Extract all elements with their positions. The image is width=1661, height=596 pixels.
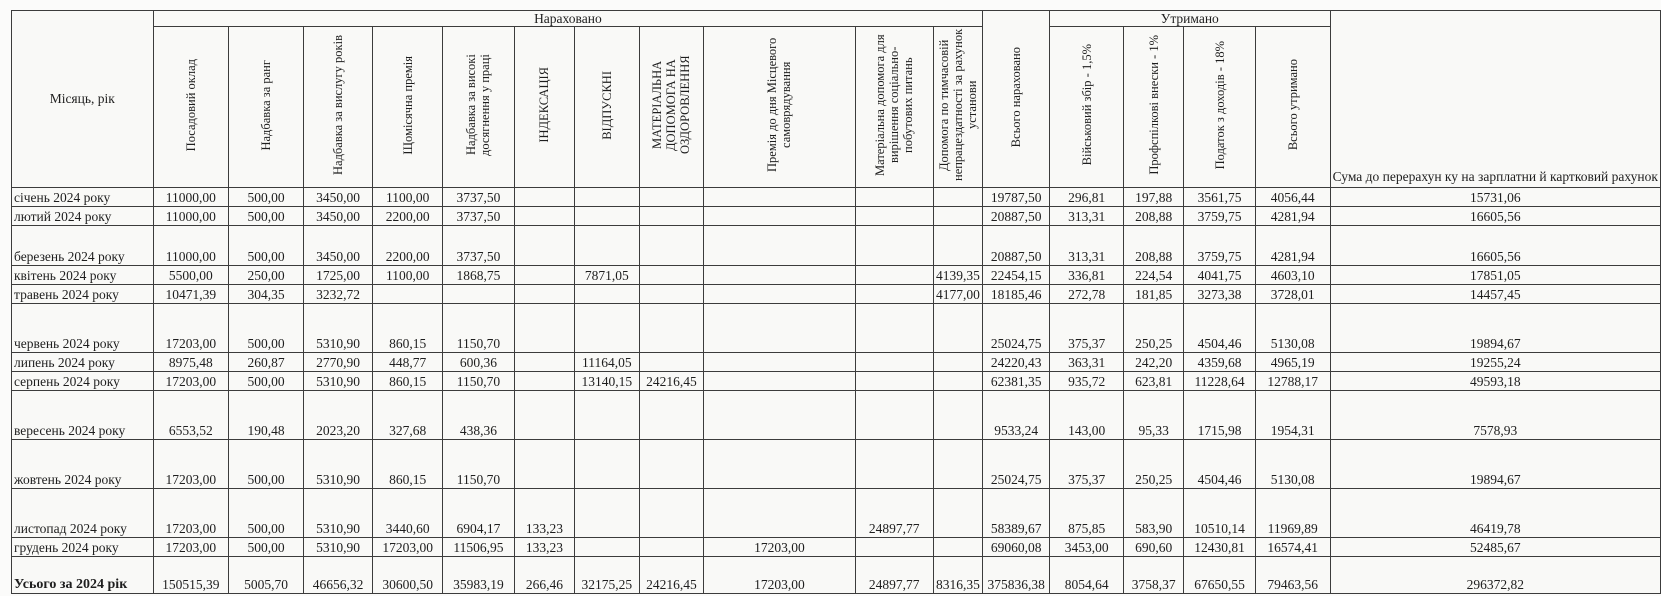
value-cell [704,489,855,538]
value-cell: 266,46 [514,557,574,594]
value-cell: 3273,38 [1184,285,1256,304]
value-cell [574,304,639,353]
value-cell: 3737,50 [443,226,515,266]
value-cell [704,266,855,285]
value-cell [855,440,933,489]
value-cell: 3728,01 [1255,285,1330,304]
value-cell: 5005,70 [229,557,304,594]
withheld-column-header: Військовий збір - 1,5% [1050,27,1124,188]
value-cell: 4281,94 [1255,226,1330,266]
value-cell [639,266,704,285]
accrued-column-header: Надбавка за високі досягнення у праці [443,27,515,188]
value-cell [514,440,574,489]
value-cell [574,489,639,538]
month-cell: червень 2024 року [12,304,154,353]
value-cell [639,188,704,207]
value-cell: 17203,00 [704,538,855,557]
value-cell [574,538,639,557]
table-row: листопад 2024 року17203,00500,005310,903… [12,489,1661,538]
value-cell: 18185,46 [983,285,1050,304]
accrued-group-header: Нараховано [153,11,983,27]
total-row: Усього за 2024 рік150515,395005,7046656,… [12,557,1661,594]
value-cell [639,207,704,226]
value-cell: 3758,37 [1124,557,1184,594]
value-cell [933,391,983,440]
value-cell: 5130,08 [1255,440,1330,489]
value-cell [855,391,933,440]
value-cell [704,207,855,226]
month-cell: травень 2024 року [12,285,154,304]
column-label: Допомога по тимчасовій непрацездатності … [937,27,979,183]
value-cell [933,538,983,557]
accrued-column-header: Посадовий оклад [153,27,229,188]
value-cell: 133,23 [514,489,574,538]
value-cell: 1715,98 [1184,391,1256,440]
net-to-card-header: Сума до перерахун ку на зарплатни й карт… [1330,11,1660,188]
value-cell: 5310,90 [303,372,372,391]
value-cell: 69060,08 [983,538,1050,557]
value-cell: 4041,75 [1184,266,1256,285]
value-cell [704,372,855,391]
value-cell: 296372,82 [1330,557,1660,594]
value-cell [933,304,983,353]
value-cell [639,440,704,489]
total-accrued-label: Всього нараховано [1009,47,1023,147]
value-cell: 224,54 [1124,266,1184,285]
value-cell [704,285,855,304]
accrued-column-header: Надбавка за ранг [229,27,304,188]
value-cell [855,226,933,266]
column-label: ІНДЕКСАЦІЯ [537,67,551,143]
withheld-column-header: Профспілкові внески - 1% [1124,27,1184,188]
value-cell [933,372,983,391]
value-cell: 296,81 [1050,188,1124,207]
value-cell: 5500,00 [153,266,229,285]
value-cell: 49593,18 [1330,372,1660,391]
value-cell: 4965,19 [1255,353,1330,372]
value-cell [639,353,704,372]
value-cell: 438,36 [443,391,515,440]
value-cell: 1868,75 [443,266,515,285]
column-label: Військовий збір - 1,5% [1080,44,1094,165]
month-cell: жовтень 2024 року [12,440,154,489]
value-cell: 62381,35 [983,372,1050,391]
value-cell: 4281,94 [1255,207,1330,226]
value-cell: 20887,50 [983,226,1050,266]
table-row: лютий 2024 року11000,00500,003450,002200… [12,207,1661,226]
value-cell: 11000,00 [153,226,229,266]
value-cell: 3737,50 [443,207,515,226]
column-label: Надбавка за високі досягнення у праці [464,27,492,183]
value-cell: 623,81 [1124,372,1184,391]
value-cell: 3450,00 [303,207,372,226]
value-cell: 8975,48 [153,353,229,372]
value-cell [704,188,855,207]
value-cell [514,207,574,226]
value-cell [574,391,639,440]
value-cell [514,266,574,285]
value-cell: 7578,93 [1330,391,1660,440]
value-cell: 448,77 [373,353,443,372]
value-cell: 208,88 [1124,226,1184,266]
value-cell: 260,87 [229,353,304,372]
column-label: Надбавка за вислугу років [331,35,345,175]
value-cell: 500,00 [229,207,304,226]
value-cell: 19787,50 [983,188,1050,207]
value-cell: 250,00 [229,266,304,285]
value-cell: 17203,00 [153,304,229,353]
month-cell: грудень 2024 року [12,538,154,557]
column-label: Податок з доходів - 18% [1213,41,1227,169]
value-cell: 17203,00 [153,372,229,391]
value-cell: 20887,50 [983,207,1050,226]
value-cell: 79463,56 [1255,557,1330,594]
withheld-group-header: Утримано [1050,11,1330,27]
month-cell: Усього за 2024 рік [12,557,154,594]
value-cell: 500,00 [229,440,304,489]
value-cell [514,226,574,266]
value-cell: 2200,00 [373,207,443,226]
value-cell: 11506,95 [443,538,515,557]
value-cell: 17203,00 [704,557,855,594]
value-cell [574,226,639,266]
value-cell: 208,88 [1124,207,1184,226]
table-row: травень 2024 року10471,39304,353232,7241… [12,285,1661,304]
month-cell: серпень 2024 року [12,372,154,391]
value-cell [639,304,704,353]
column-label: Профспілкові внески - 1% [1147,35,1161,175]
value-cell [855,266,933,285]
value-cell: 1100,00 [373,266,443,285]
month-cell: листопад 2024 року [12,489,154,538]
value-cell: 24216,45 [639,557,704,594]
value-cell: 242,20 [1124,353,1184,372]
accrued-column-header: Допомога по тимчасовій непрацездатності … [933,27,983,188]
value-cell [704,226,855,266]
value-cell: 7871,05 [574,266,639,285]
value-cell: 4504,46 [1184,440,1256,489]
month-cell: липень 2024 року [12,353,154,372]
value-cell: 4177,00 [933,285,983,304]
value-cell: 375836,38 [983,557,1050,594]
value-cell [704,353,855,372]
value-cell: 5130,08 [1255,304,1330,353]
accrued-column-header: Щомісячна премія [373,27,443,188]
value-cell [704,440,855,489]
value-cell: 875,85 [1050,489,1124,538]
value-cell: 17203,00 [153,440,229,489]
value-cell: 67650,55 [1184,557,1256,594]
value-cell: 304,35 [229,285,304,304]
value-cell [514,353,574,372]
accrued-column-header: Матеріальна допомога для вирішення соціа… [855,27,933,188]
value-cell: 500,00 [229,538,304,557]
value-cell [514,188,574,207]
value-cell: 17203,00 [153,538,229,557]
value-cell: 313,31 [1050,207,1124,226]
value-cell [855,353,933,372]
value-cell: 935,72 [1050,372,1124,391]
value-cell [514,304,574,353]
table-row: жовтень 2024 року17203,00500,005310,9086… [12,440,1661,489]
value-cell: 5310,90 [303,304,372,353]
value-cell [373,285,443,304]
value-cell [933,353,983,372]
value-cell: 2023,20 [303,391,372,440]
value-cell: 11000,00 [153,207,229,226]
value-cell: 336,81 [1050,266,1124,285]
value-cell: 375,37 [1050,440,1124,489]
value-cell: 8316,35 [933,557,983,594]
value-cell: 1954,31 [1255,391,1330,440]
value-cell: 13140,15 [574,372,639,391]
value-cell: 12430,81 [1184,538,1256,557]
value-cell: 583,90 [1124,489,1184,538]
value-cell: 3737,50 [443,188,515,207]
value-cell: 46656,32 [303,557,372,594]
value-cell: 25024,75 [983,440,1050,489]
value-cell: 272,78 [1050,285,1124,304]
value-cell: 500,00 [229,304,304,353]
value-cell [933,489,983,538]
month-cell: квітень 2024 року [12,266,154,285]
value-cell: 30600,50 [373,557,443,594]
accrued-column-header: Премія до дня Місцевого самоврядування [704,27,855,188]
value-cell [574,207,639,226]
value-cell: 58389,67 [983,489,1050,538]
value-cell: 19894,67 [1330,304,1660,353]
value-cell: 150515,39 [153,557,229,594]
value-cell [855,372,933,391]
value-cell: 16574,41 [1255,538,1330,557]
value-cell [514,391,574,440]
value-cell: 3759,75 [1184,207,1256,226]
value-cell: 24897,77 [855,557,933,594]
value-cell [855,207,933,226]
value-cell: 24897,77 [855,489,933,538]
value-cell: 32175,25 [574,557,639,594]
value-cell: 14457,45 [1330,285,1660,304]
value-cell [514,372,574,391]
column-label: Щомісячна премія [401,56,415,155]
value-cell [704,304,855,353]
value-cell: 10510,14 [1184,489,1256,538]
value-cell: 11164,05 [574,353,639,372]
value-cell [574,440,639,489]
withheld-column-header: Всього утримано [1255,27,1330,188]
month-column-header: Місяць, рік [12,11,154,188]
value-cell: 500,00 [229,489,304,538]
value-cell: 4139,35 [933,266,983,285]
value-cell: 3450,00 [303,188,372,207]
payroll-table: Місяць, рікНарахованоВсього нарахованоУт… [11,10,1661,594]
value-cell [855,188,933,207]
value-cell: 9533,24 [983,391,1050,440]
value-cell: 16605,56 [1330,226,1660,266]
table-row: квітень 2024 року5500,00250,001725,00110… [12,266,1661,285]
accrued-column-header: Надбавка за вислугу років [303,27,372,188]
month-cell: січень 2024 року [12,188,154,207]
value-cell: 375,37 [1050,304,1124,353]
table-row: березень 2024 року11000,00500,003450,002… [12,226,1661,266]
value-cell: 95,33 [1124,391,1184,440]
value-cell: 3440,60 [373,489,443,538]
value-cell: 17203,00 [153,489,229,538]
value-cell: 4603,10 [1255,266,1330,285]
value-cell [574,285,639,304]
value-cell: 860,15 [373,304,443,353]
value-cell: 3450,00 [303,226,372,266]
value-cell [639,226,704,266]
month-cell: лютий 2024 року [12,207,154,226]
value-cell: 12788,17 [1255,372,1330,391]
value-cell: 11228,64 [1184,372,1256,391]
value-cell: 15731,06 [1330,188,1660,207]
value-cell [933,188,983,207]
accrued-column-header: ВІДПУСКНІ [574,27,639,188]
value-cell: 3759,75 [1184,226,1256,266]
value-cell [514,285,574,304]
value-cell: 2200,00 [373,226,443,266]
table-row: січень 2024 року11000,00500,003450,00110… [12,188,1661,207]
value-cell: 5310,90 [303,440,372,489]
value-cell: 250,25 [1124,304,1184,353]
table-row: червень 2024 року17203,00500,005310,9086… [12,304,1661,353]
value-cell [639,391,704,440]
value-cell: 5310,90 [303,538,372,557]
value-cell [855,285,933,304]
value-cell: 19255,24 [1330,353,1660,372]
value-cell: 6553,52 [153,391,229,440]
total-accrued-header: Всього нараховано [983,11,1050,188]
value-cell: 860,15 [373,372,443,391]
value-cell: 4056,44 [1255,188,1330,207]
value-cell: 3232,72 [303,285,372,304]
column-label: Всього утримано [1286,59,1300,150]
column-label: Посадовий оклад [184,59,198,151]
value-cell: 1150,70 [443,372,515,391]
table-row: вересень 2024 року6553,52190,482023,2032… [12,391,1661,440]
value-cell: 197,88 [1124,188,1184,207]
table-row: грудень 2024 року17203,00500,005310,9017… [12,538,1661,557]
value-cell [933,440,983,489]
withheld-column-header: Податок з доходів - 18% [1184,27,1256,188]
value-cell: 22454,15 [983,266,1050,285]
column-label: Матеріальна допомога для вирішення соціа… [873,27,915,183]
value-cell: 6904,17 [443,489,515,538]
value-cell: 181,85 [1124,285,1184,304]
value-cell: 25024,75 [983,304,1050,353]
value-cell: 24216,45 [639,372,704,391]
value-cell: 1150,70 [443,440,515,489]
value-cell [639,285,704,304]
value-cell: 500,00 [229,188,304,207]
value-cell: 143,00 [1050,391,1124,440]
month-cell: вересень 2024 року [12,391,154,440]
value-cell: 3561,75 [1184,188,1256,207]
value-cell [855,304,933,353]
value-cell [933,207,983,226]
value-cell [443,285,515,304]
value-cell: 19894,67 [1330,440,1660,489]
value-cell [855,538,933,557]
month-cell: березень 2024 року [12,226,154,266]
value-cell: 500,00 [229,372,304,391]
value-cell: 35983,19 [443,557,515,594]
value-cell: 10471,39 [153,285,229,304]
column-label: МАТЕРІАЛЬНА ДОПОМОГА НА ОЗДОРОВЛЕННЯ [650,27,692,183]
value-cell: 24220,43 [983,353,1050,372]
value-cell: 1100,00 [373,188,443,207]
value-cell: 1150,70 [443,304,515,353]
value-cell: 4504,46 [1184,304,1256,353]
value-cell: 1725,00 [303,266,372,285]
value-cell: 500,00 [229,226,304,266]
header-row-groups: Місяць, рікНарахованоВсього нарахованоУт… [12,11,1661,27]
value-cell: 363,31 [1050,353,1124,372]
value-cell: 250,25 [1124,440,1184,489]
value-cell: 11969,89 [1255,489,1330,538]
value-cell: 17851,05 [1330,266,1660,285]
value-cell [639,489,704,538]
table-row: серпень 2024 року17203,00500,005310,9086… [12,372,1661,391]
column-label: Премія до дня Місцевого самоврядування [765,27,793,183]
value-cell: 313,31 [1050,226,1124,266]
value-cell: 690,60 [1124,538,1184,557]
value-cell: 190,48 [229,391,304,440]
value-cell: 52485,67 [1330,538,1660,557]
value-cell: 17203,00 [373,538,443,557]
value-cell: 600,36 [443,353,515,372]
value-cell [933,226,983,266]
value-cell [704,391,855,440]
value-cell: 3453,00 [1050,538,1124,557]
value-cell: 327,68 [373,391,443,440]
accrued-column-header: ІНДЕКСАЦІЯ [514,27,574,188]
value-cell: 16605,56 [1330,207,1660,226]
value-cell: 5310,90 [303,489,372,538]
column-label: ВІДПУСКНІ [600,71,614,140]
value-cell: 11000,00 [153,188,229,207]
value-cell: 46419,78 [1330,489,1660,538]
accrued-column-header: МАТЕРІАЛЬНА ДОПОМОГА НА ОЗДОРОВЛЕННЯ [639,27,704,188]
value-cell: 4359,68 [1184,353,1256,372]
value-cell: 2770,90 [303,353,372,372]
value-cell [574,188,639,207]
column-label: Надбавка за ранг [259,60,273,151]
value-cell: 860,15 [373,440,443,489]
value-cell: 8054,64 [1050,557,1124,594]
value-cell [639,538,704,557]
value-cell: 133,23 [514,538,574,557]
table-row: липень 2024 року8975,48260,872770,90448,… [12,353,1661,372]
